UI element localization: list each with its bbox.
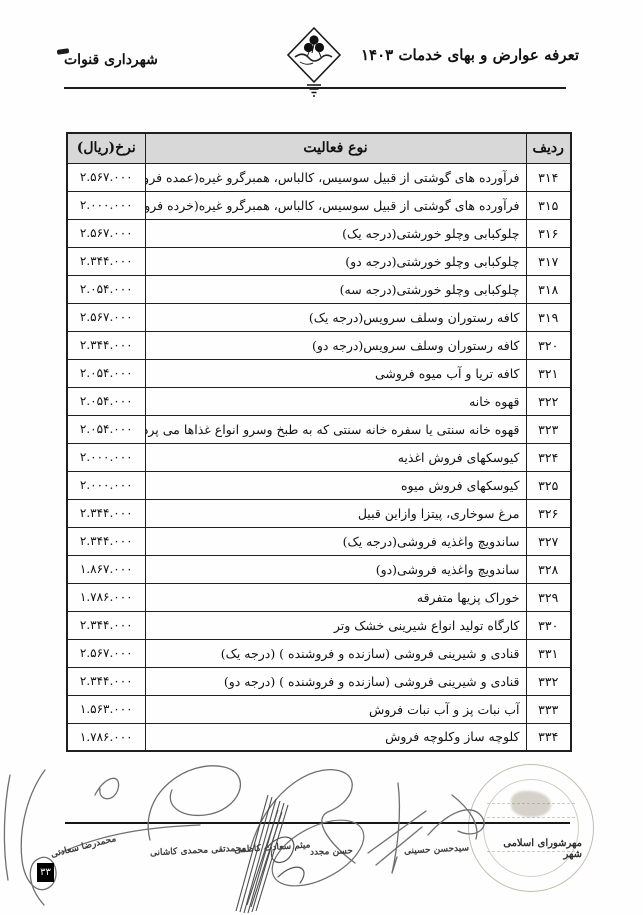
table-row: ۳۱۸ چلوکبابی وچلو خورشتی(درجه سه) ۲.۰۵۴.… xyxy=(67,275,571,303)
table-header-row: ردیف نوع فعالیت نرخ(ریال) xyxy=(67,133,571,163)
activity-cell: چلوکبابی وچلو خورشتی(درجه سه) xyxy=(145,275,526,303)
rate-cell: ۱.۵۶۳.۰۰۰ xyxy=(67,695,145,723)
row-number-cell: ۳۲۷ xyxy=(526,527,571,555)
column-header-rate: نرخ(ریال) xyxy=(67,133,145,163)
row-number-cell: ۳۱۷ xyxy=(526,247,571,275)
rate-cell: ۲.۵۶۷.۰۰۰ xyxy=(67,303,145,331)
signatures-icon xyxy=(0,755,643,915)
activity-cell: آب نبات پز و آب نبات فروش xyxy=(145,695,526,723)
table-row: ۳۲۷ ساندویچ واغذیه فروشی(درجه یک) ۲.۳۴۴.… xyxy=(67,527,571,555)
rate-cell: ۲.۰۰۰.۰۰۰ xyxy=(67,471,145,499)
activity-cell: قنادی و شیرینی فروشی (سازنده و فروشنده )… xyxy=(145,639,526,667)
table-row: ۳۲۲ قهوه خانه ۲.۰۵۴.۰۰۰ xyxy=(67,387,571,415)
activity-cell: قنادی و شیرینی فروشی (سازنده و فروشنده )… xyxy=(145,667,526,695)
activity-cell: کافه رستوران وسلف سرویس(درجه دو) xyxy=(145,331,526,359)
table-row: ۳۲۸ ساندویچ واغذیه فروشی(دو) ۱.۸۶۷.۰۰۰ xyxy=(67,555,571,583)
activity-cell: کیوسکهای فروش میوه xyxy=(145,471,526,499)
row-number-cell: ۳۱۶ xyxy=(526,219,571,247)
activity-cell: ساندویچ واغذیه فروشی(دو) xyxy=(145,555,526,583)
rate-cell: ۲.۵۶۷.۰۰۰ xyxy=(67,219,145,247)
rate-cell: ۲.۰۰۰.۰۰۰ xyxy=(67,443,145,471)
rate-cell: ۱.۷۸۶.۰۰۰ xyxy=(67,723,145,751)
header-divider xyxy=(64,87,566,89)
rate-cell: ۲.۳۴۴.۰۰۰ xyxy=(67,527,145,555)
activity-cell: خوراک پزیها متفرقه xyxy=(145,583,526,611)
table-row: ۳۲۳ قهوه خانه سنتی یا سفره خانه سنتی که … xyxy=(67,415,571,443)
activity-cell: کارگاه تولید انواع شیرینی خشک وتر xyxy=(145,611,526,639)
table-row: ۳۲۵ کیوسکهای فروش میوه ۲.۰۰۰.۰۰۰ xyxy=(67,471,571,499)
activity-cell: مرغ سوخاری، پیتزا وازاین قبیل xyxy=(145,499,526,527)
row-number-cell: ۳۲۱ xyxy=(526,359,571,387)
table-row: ۳۲۰ کافه رستوران وسلف سرویس(درجه دو) ۲.۳… xyxy=(67,331,571,359)
row-number-cell: ۳۱۹ xyxy=(526,303,571,331)
row-number-cell: ۳۳۲ xyxy=(526,667,571,695)
table-row: ۳۳۱ قنادی و شیرینی فروشی (سازنده و فروشن… xyxy=(67,639,571,667)
activity-cell: قهوه خانه xyxy=(145,387,526,415)
table-row: ۳۱۵ فرآورده های گوشتی از قبیل سوسیس، کال… xyxy=(67,191,571,219)
document-page: تعرفه عوارض و بهای خدمات ۱۴۰۳ شهرداری قن… xyxy=(0,0,643,915)
table-row: ۳۱۹ کافه رستوران وسلف سرویس(درجه یک) ۲.۵… xyxy=(67,303,571,331)
rate-cell: ۲.۳۴۴.۰۰۰ xyxy=(67,667,145,695)
activity-cell: کلوچه ساز وکلوچه فروش xyxy=(145,723,526,751)
row-number-cell: ۳۳۰ xyxy=(526,611,571,639)
column-header-activity: نوع فعالیت xyxy=(145,133,526,163)
row-number-cell: ۳۲۸ xyxy=(526,555,571,583)
rate-cell: ۲.۰۵۴.۰۰۰ xyxy=(67,387,145,415)
rate-cell: ۲.۰۰۰.۰۰۰ xyxy=(67,191,145,219)
table-row: ۳۳۲ قنادی و شیرینی فروشی (سازنده و فروشن… xyxy=(67,667,571,695)
activity-cell: کافه تریا و آب میوه فروشی xyxy=(145,359,526,387)
activity-cell: چلوکبابی وچلو خورشتی(درجه دو) xyxy=(145,247,526,275)
row-number-cell: ۳۲۳ xyxy=(526,415,571,443)
rate-cell: ۲.۳۴۴.۰۰۰ xyxy=(67,247,145,275)
rate-cell: ۲.۳۴۴.۰۰۰ xyxy=(67,499,145,527)
rate-cell: ۱.۸۶۷.۰۰۰ xyxy=(67,555,145,583)
stamp-label: مهرشورای اسلامی شهر xyxy=(486,838,582,860)
row-number-cell: ۳۲۲ xyxy=(526,387,571,415)
municipality-name: شهرداری قنوات xyxy=(64,52,158,68)
row-number-cell: ۳۱۵ xyxy=(526,191,571,219)
municipality-logo-icon xyxy=(286,26,342,102)
table-row: ۳۱۶ چلوکبابی وچلو خورشتی(درجه یک) ۲.۵۶۷.… xyxy=(67,219,571,247)
activity-cell: ساندویچ واغذیه فروشی(درجه یک) xyxy=(145,527,526,555)
table-row: ۳۳۰ کارگاه تولید انواع شیرینی خشک وتر ۲.… xyxy=(67,611,571,639)
row-number-cell: ۳۱۴ xyxy=(526,163,571,191)
table-row: ۳۱۷ چلوکبابی وچلو خورشتی(درجه دو) ۲.۳۴۴.… xyxy=(67,247,571,275)
rate-cell: ۲.۳۴۴.۰۰۰ xyxy=(67,611,145,639)
row-number-cell: ۳۲۹ xyxy=(526,583,571,611)
rate-cell: ۲.۰۵۴.۰۰۰ xyxy=(67,359,145,387)
table-row: ۳۲۱ کافه تریا و آب میوه فروشی ۲.۰۵۴.۰۰۰ xyxy=(67,359,571,387)
row-number-cell: ۳۱۸ xyxy=(526,275,571,303)
page-title: تعرفه عوارض و بهای خدمات ۱۴۰۳ xyxy=(361,46,579,64)
activity-cell: کیوسکهای فروش اغذیه xyxy=(145,443,526,471)
rate-cell: ۲.۰۵۴.۰۰۰ xyxy=(67,415,145,443)
row-number-cell: ۳۲۶ xyxy=(526,499,571,527)
row-number-cell: ۳۲۴ xyxy=(526,443,571,471)
row-number-cell: ۳۳۴ xyxy=(526,723,571,751)
rate-cell: ۲.۵۶۷.۰۰۰ xyxy=(67,639,145,667)
rate-cell: ۱.۷۸۶.۰۰۰ xyxy=(67,583,145,611)
table-row: ۳۲۹ خوراک پزیها متفرقه ۱.۷۸۶.۰۰۰ xyxy=(67,583,571,611)
row-number-cell: ۳۳۱ xyxy=(526,639,571,667)
table-row: ۳۲۶ مرغ سوخاری، پیتزا وازاین قبیل ۲.۳۴۴.… xyxy=(67,499,571,527)
activity-cell: چلوکبابی وچلو خورشتی(درجه یک) xyxy=(145,219,526,247)
column-header-radif: ردیف xyxy=(526,133,571,163)
tariff-table: ردیف نوع فعالیت نرخ(ریال) ۳۱۴ فرآورده ها… xyxy=(66,132,572,752)
activity-cell: فرآورده های گوشتی از قبیل سوسیس، کالباس،… xyxy=(145,191,526,219)
row-number-cell: ۳۳۳ xyxy=(526,695,571,723)
activity-cell: قهوه خانه سنتی یا سفره خانه سنتی که به ط… xyxy=(145,415,526,443)
rate-cell: ۲.۵۶۷.۰۰۰ xyxy=(67,163,145,191)
signatory-name: حسن مجدد xyxy=(310,846,353,857)
table-row: ۳۳۳ آب نبات پز و آب نبات فروش ۱.۵۶۳.۰۰۰ xyxy=(67,695,571,723)
rate-cell: ۲.۰۵۴.۰۰۰ xyxy=(67,275,145,303)
table-row: ۳۲۴ کیوسکهای فروش اغذیه ۲.۰۰۰.۰۰۰ xyxy=(67,443,571,471)
table-row: ۳۱۴ فرآورده های گوشتی از قبیل سوسیس، کال… xyxy=(67,163,571,191)
row-number-cell: ۳۲۵ xyxy=(526,471,571,499)
rate-cell: ۲.۳۴۴.۰۰۰ xyxy=(67,331,145,359)
activity-cell: کافه رستوران وسلف سرویس(درجه یک) xyxy=(145,303,526,331)
activity-cell: فرآورده های گوشتی از قبیل سوسیس، کالباس،… xyxy=(145,163,526,191)
table-row: ۳۳۴ کلوچه ساز وکلوچه فروش ۱.۷۸۶.۰۰۰ xyxy=(67,723,571,751)
page-number: ۳۳ xyxy=(37,863,54,882)
row-number-cell: ۳۲۰ xyxy=(526,331,571,359)
